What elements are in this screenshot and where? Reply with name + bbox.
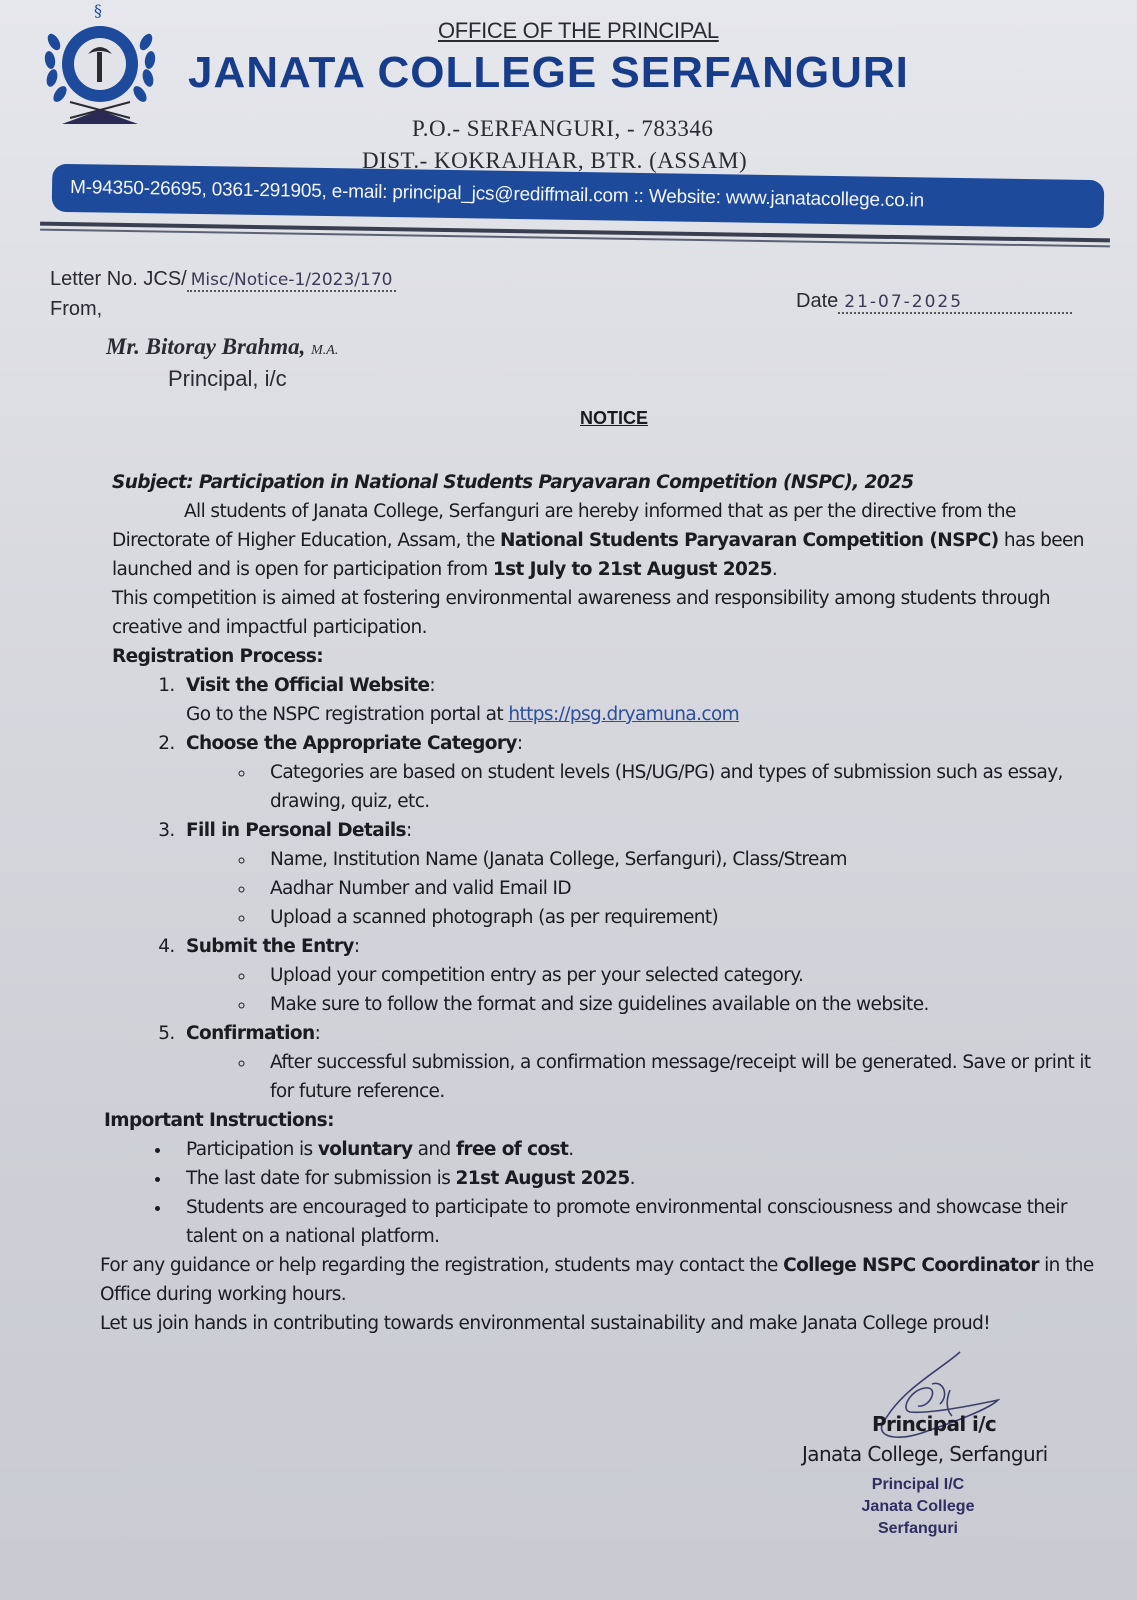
letter-number: Letter No. JCS/Misc/Notice-1/2023/170 [50, 268, 396, 291]
step-title: Visit the Official Website [186, 675, 429, 696]
step-points: After successful submission, a confirmat… [186, 1048, 1107, 1106]
step-title: Submit the Entry [186, 936, 354, 957]
participation-period: 1st July to 21st August 2025 [493, 559, 772, 580]
step-points: Name, Institution Name (Janata College, … [186, 845, 1107, 932]
instruction-emphasis: free of cost [456, 1139, 568, 1160]
step-item: Confirmation: After successful submissio… [180, 1019, 1107, 1106]
step-item: Submit the Entry: Upload your competitio… [180, 932, 1107, 1019]
college-emblem-icon: § [40, 2, 160, 130]
signatory-title: Principal i/c [872, 1412, 996, 1436]
signatory-institution: Janata College, Serfanguri [802, 1442, 1048, 1466]
step-title: Choose the Appropriate Category [186, 733, 517, 754]
intro-paragraph: All students of Janata College, Serfangu… [112, 497, 1107, 584]
sender-name-text: Mr. Bitoray Brahma, [106, 334, 305, 359]
instruction-text: . [568, 1139, 573, 1160]
instruction-item: Students are encouraged to participate t… [172, 1193, 1107, 1251]
instruction-text: Participation is [186, 1139, 318, 1160]
guidance-paragraph: For any guidance or help regarding the r… [100, 1251, 1107, 1309]
step-point: Categories are based on student levels (… [256, 758, 1107, 816]
step-point: Make sure to follow the format and size … [256, 990, 1107, 1019]
step-title: Fill in Personal Details [186, 820, 406, 841]
notice-title: NOTICE [580, 408, 648, 429]
step-item: Choose the Appropriate Category: Categor… [180, 729, 1107, 816]
competition-name: National Students Paryavaran Competition… [500, 530, 999, 551]
closing-line: Let us join hands in contributing toward… [100, 1309, 1107, 1338]
guidance-text: For any guidance or help regarding the r… [100, 1255, 783, 1276]
contact-bar: M-94350-26695, 0361-291905, e-mail: prin… [52, 164, 1105, 229]
stamp-line: Serfanguri [848, 1518, 988, 1540]
sender-name: Mr. Bitoray Brahma, M.A. [106, 334, 338, 360]
instruction-text: . [630, 1168, 635, 1189]
subject-line: Subject: Participation in National Stude… [112, 468, 1107, 497]
office-label: OFFICE OF THE PRINCIPAL [438, 18, 719, 44]
letter-date: Date21-07-2025 [796, 290, 1072, 314]
instruction-text: and [412, 1139, 456, 1160]
registration-portal-link[interactable]: https://psg.dryamuna.com [508, 704, 739, 725]
from-label: From, [50, 298, 102, 321]
step-item: Fill in Personal Details: Name, Institut… [180, 816, 1107, 932]
notice-document: § OFFICE OF THE PRINCIPAL JANATA COLLEGE… [0, 0, 1137, 1600]
official-stamp: Principal I/C Janata College Serfanguri [848, 1474, 988, 1540]
step-title: Confirmation [186, 1023, 315, 1044]
letter-number-value: Misc/Notice-1/2023/170 [187, 270, 397, 292]
step-point: Aadhar Number and valid Email ID [256, 874, 1107, 903]
step-point: Name, Institution Name (Janata College, … [256, 845, 1107, 874]
sender-title: Principal, i/c [168, 366, 287, 392]
sender-degree: M.A. [311, 343, 338, 358]
step-text: Go to the NSPC registration portal at ht… [186, 700, 1107, 729]
registration-steps: Visit the Official Website: Go to the NS… [112, 671, 1107, 1106]
aim-paragraph: This competition is aimed at fostering e… [112, 584, 1107, 642]
coordinator-name: College NSPC Coordinator [783, 1255, 1039, 1276]
important-heading: Important Instructions: [104, 1106, 1107, 1135]
step-point: Upload a scanned photograph (as per requ… [256, 903, 1107, 932]
important-instructions: Participation is voluntary and free of c… [112, 1135, 1107, 1251]
svg-text:§: § [94, 2, 102, 20]
registration-heading: Registration Process: [112, 642, 1107, 671]
instruction-item: Participation is voluntary and free of c… [172, 1135, 1107, 1164]
step-points: Categories are based on student levels (… [186, 758, 1107, 816]
address-line-1: P.O.- SERFANGURI, - 783346 [412, 116, 713, 142]
stamp-line: Janata College [848, 1496, 988, 1518]
college-name: JANATA COLLEGE SERFANGURI [188, 48, 909, 98]
stamp-line: Principal I/C [848, 1474, 988, 1496]
step-point: After successful submission, a confirmat… [256, 1048, 1107, 1106]
intro-text: . [772, 559, 777, 580]
instruction-item: The last date for submission is 21st Aug… [172, 1164, 1107, 1193]
step-point: Upload your competition entry as per you… [256, 961, 1107, 990]
instruction-text: The last date for submission is [186, 1168, 456, 1189]
deadline: 21st August 2025 [456, 1168, 630, 1189]
date-label: Date [796, 290, 838, 312]
notice-body: Subject: Participation in National Stude… [112, 468, 1107, 1338]
step-item: Visit the Official Website: Go to the NS… [180, 671, 1107, 729]
step-text-content: Go to the NSPC registration portal at [186, 704, 508, 725]
date-value: 21-07-2025 [838, 292, 1072, 314]
step-points: Upload your competition entry as per you… [186, 961, 1107, 1019]
letter-number-label: Letter No. JCS/ [50, 268, 187, 290]
instruction-emphasis: voluntary [318, 1139, 413, 1160]
